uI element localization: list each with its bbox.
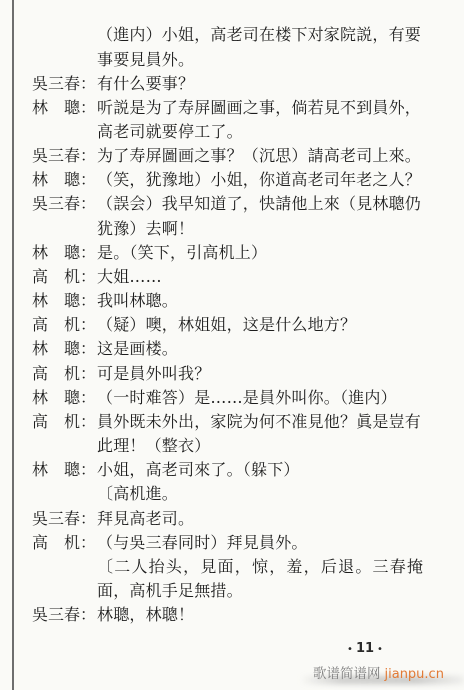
script-line: 林聰：是。（笑下，引高机上） — [32, 241, 423, 265]
dialogue-text: 是。（笑下，引高机上） — [97, 241, 423, 265]
speaker-colon: ： — [80, 168, 97, 192]
dialogue-text: （一时难答）是……是員外叫你。（進内） — [97, 386, 423, 410]
dialogue-text: 事要見員外。 — [97, 48, 423, 72]
page-marker-left: • — [344, 644, 356, 655]
script-line: 事要見員外。 — [32, 48, 423, 72]
speaker-colon: ： — [80, 386, 97, 410]
speaker-colon: ： — [80, 289, 97, 313]
speaker-name: 吳三春 — [32, 603, 80, 627]
script-line: 林聰：我叫林聰。 — [32, 289, 423, 313]
speaker-name: 高机 — [32, 362, 80, 386]
speaker-name: 高机 — [32, 313, 80, 337]
page-binding-rule — [12, 0, 14, 690]
script-line: 高机：（与吳三春同时）拜見員外。 — [32, 531, 423, 555]
dialogue-text: 拜見高老司。 — [97, 507, 423, 531]
speaker-colon: ： — [80, 72, 97, 96]
script-line: 高机：（疑）噢，林姐姐，这是什么地方？ — [32, 313, 423, 337]
watermark-site-name: 歌谱简谱网 — [313, 666, 381, 682]
dialogue-text: 此理！（整衣） — [97, 434, 423, 458]
speaker-colon: ： — [80, 192, 97, 216]
dialogue-text: 可是員外叫我？ — [97, 362, 423, 386]
script-line: 林聰：这是画楼。 — [32, 337, 423, 361]
script-line: 犹豫）去啊！ — [32, 217, 423, 241]
speaker-colon: ： — [80, 531, 97, 555]
speaker-colon: ： — [80, 241, 97, 265]
speaker-name: 林聰 — [32, 337, 80, 361]
speaker-name: 林聰 — [32, 386, 80, 410]
speaker-name: 林聰 — [32, 458, 80, 482]
page-number: •11• — [340, 641, 390, 656]
script-line: 此理！（整衣） — [32, 434, 423, 458]
speaker-colon: ： — [80, 265, 97, 289]
script-line: 林聰：（一时难答）是……是員外叫你。（進内） — [32, 386, 423, 410]
dialogue-text: （誤会）我早知道了，快請他上來（見林聰仍 — [97, 192, 423, 216]
script-line: 林聰：小姐，高老司來了。（躲下） — [32, 458, 423, 482]
speaker-colon: ： — [80, 410, 97, 434]
dialogue-text: （進内）小姐，高老司在楼下对家院説，有要 — [97, 23, 423, 47]
speaker-name: 高机 — [32, 265, 80, 289]
script-line: （進内）小姐，高老司在楼下对家院説，有要 — [32, 23, 423, 47]
dialogue-text: 大姐…… — [97, 265, 423, 289]
dialogue-text: 我叫林聰。 — [97, 289, 423, 313]
page-marker-right: • — [374, 644, 386, 655]
script-line: 吳三春：有什么要事？ — [32, 72, 423, 96]
script-line: 高机：員外既未外出，家院为何不准見他？眞是豈有 — [32, 410, 423, 434]
speaker-name: 吳三春 — [32, 192, 80, 216]
dialogue-text: 高老司就要停工了。 — [97, 120, 423, 144]
dialogue-text: 犹豫）去啊！ — [97, 217, 423, 241]
speaker-colon: ： — [80, 337, 97, 361]
script-body: （進内）小姐，高老司在楼下对家院説，有要 事要見員外。 吳三春：有什么要事？ 林… — [32, 23, 423, 627]
stage-direction-line: 〔高机進。 — [32, 482, 423, 506]
speaker-name: 高机 — [32, 531, 80, 555]
watermark: 歌谱简谱网jianpu.cn — [313, 662, 444, 682]
script-line: 林聰：（笑，犹豫地）小姐，你道高老司年老之人？ — [32, 168, 423, 192]
script-line: 林聰：听説是为了寿屏圖画之事，倘若見不到員外， — [32, 96, 423, 120]
speaker-name: 林聰 — [32, 241, 80, 265]
speaker-colon: ： — [80, 362, 97, 386]
dialogue-text: 林聰，林聰！ — [97, 603, 423, 627]
speaker-colon: ： — [80, 507, 97, 531]
speaker-colon: ： — [80, 96, 97, 120]
speaker-name: 林聰 — [32, 96, 80, 120]
speaker-name: 林聰 — [32, 168, 80, 192]
dialogue-text: 为了寿屏圖画之事？（沉思）請高老司上來。 — [97, 144, 423, 168]
dialogue-text: 小姐，高老司來了。（躲下） — [97, 458, 423, 482]
stage-direction-text: 〔高机進。 — [97, 482, 423, 506]
stage-direction-line: 面，高机手足無措。 — [32, 579, 423, 603]
dialogue-text: 这是画楼。 — [97, 337, 423, 361]
script-line: 吳三春：林聰，林聰！ — [32, 603, 423, 627]
script-line: 吳三春：（誤会）我早知道了，快請他上來（見林聰仍 — [32, 192, 423, 216]
speaker-colon: ： — [80, 458, 97, 482]
speaker-name: 高机 — [32, 410, 80, 434]
watermark-site-domain: jianpu.cn — [385, 667, 444, 682]
speaker-colon: ： — [80, 144, 97, 168]
dialogue-text: 有什么要事？ — [97, 72, 423, 96]
dialogue-text: （与吳三春同时）拜見員外。 — [97, 531, 423, 555]
speaker-name: 吳三春 — [32, 72, 80, 96]
speaker-name: 林聰 — [32, 289, 80, 313]
speaker-name: 吳三春 — [32, 507, 80, 531]
stage-direction-text: 面，高机手足無措。 — [97, 579, 423, 603]
script-line: 高老司就要停工了。 — [32, 120, 423, 144]
page-number-value: 11 — [356, 641, 374, 656]
speaker-colon: ： — [80, 313, 97, 337]
speaker-colon: ： — [80, 603, 97, 627]
dialogue-text: 員外既未外出，家院为何不准見他？眞是豈有 — [97, 410, 423, 434]
script-line: 高机：大姐…… — [32, 265, 423, 289]
stage-direction-line: 〔二人抬头，見面，惊，羞，后退。三春掩 — [32, 555, 423, 579]
dialogue-text: （笑，犹豫地）小姐，你道高老司年老之人？ — [97, 168, 423, 192]
script-line: 高机：可是員外叫我？ — [32, 362, 423, 386]
speaker-name: 吳三春 — [32, 144, 80, 168]
stage-direction-text: 〔二人抬头，見面，惊，羞，后退。三春掩 — [97, 555, 423, 579]
script-line: 吳三春：为了寿屏圖画之事？（沉思）請高老司上來。 — [32, 144, 423, 168]
dialogue-text: 听説是为了寿屏圖画之事，倘若見不到員外， — [97, 96, 423, 120]
script-line: 吳三春：拜見高老司。 — [32, 507, 423, 531]
dialogue-text: （疑）噢，林姐姐，这是什么地方？ — [97, 313, 423, 337]
